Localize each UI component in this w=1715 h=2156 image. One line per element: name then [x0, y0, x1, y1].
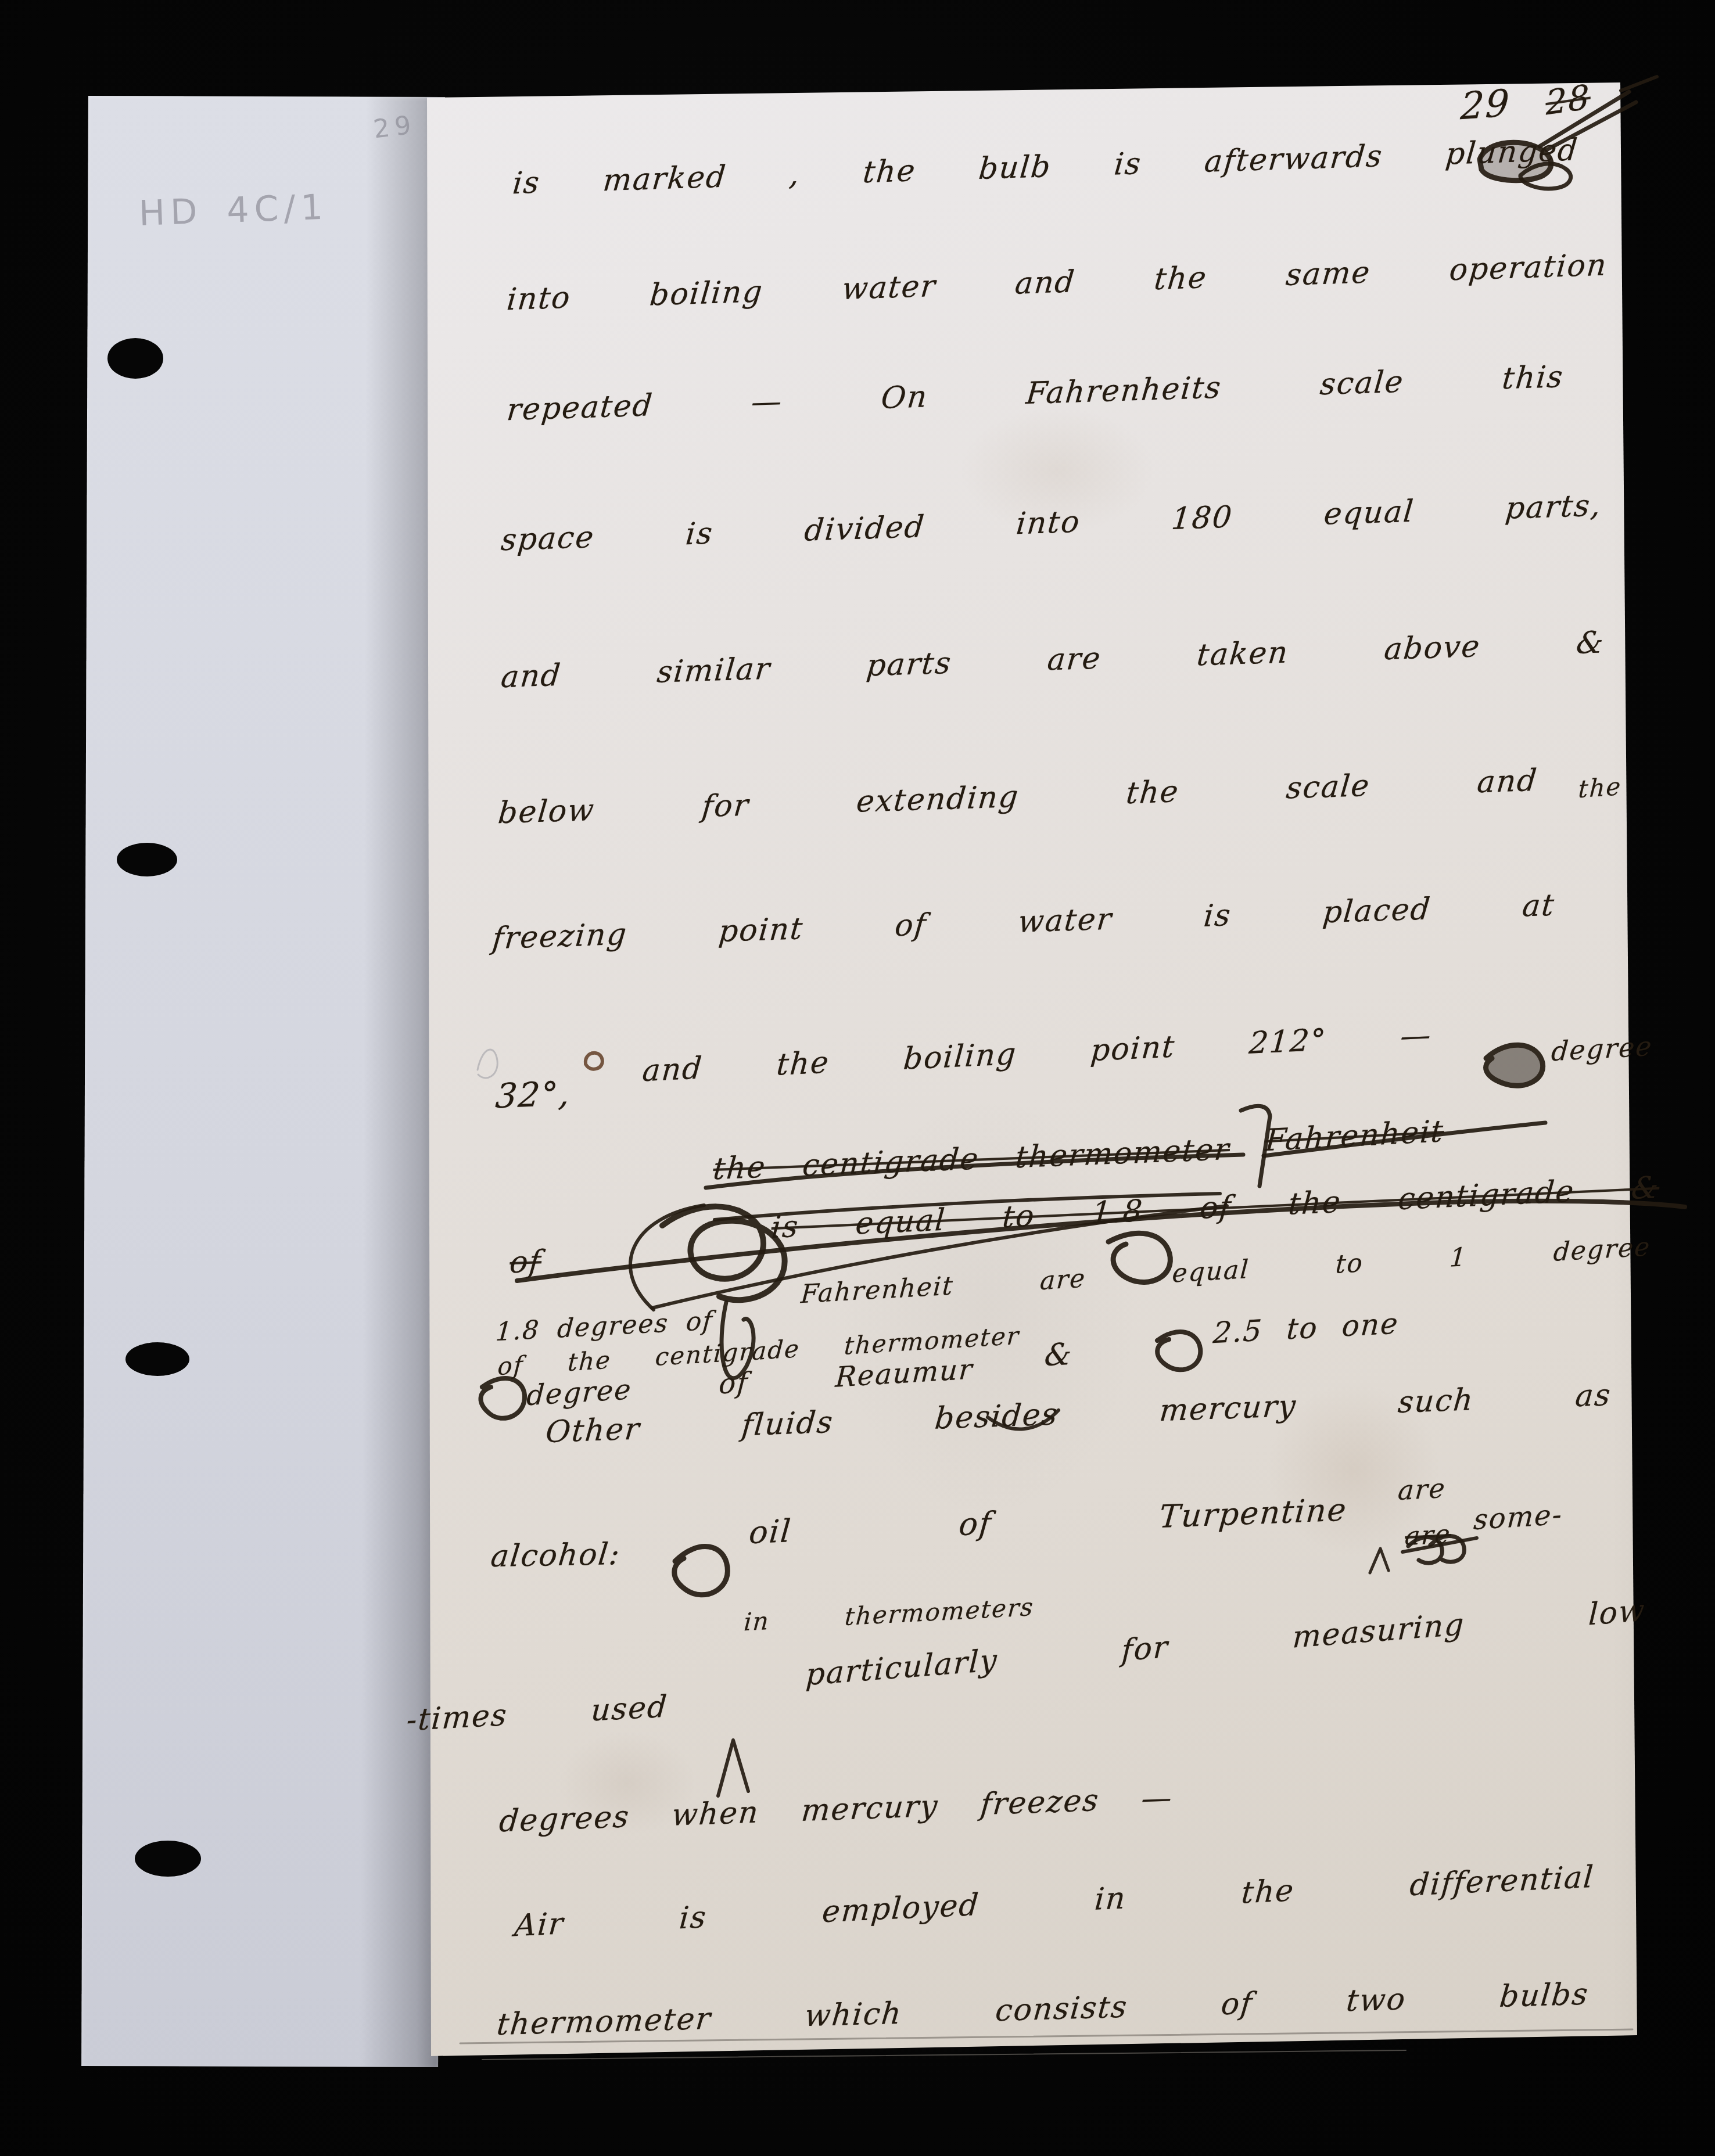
scribble-the-reaumur: [480, 1378, 525, 1418]
scribble-tail: [722, 1302, 754, 1378]
crossout-28-tick: [1621, 77, 1657, 91]
pencil-squiggle: [478, 1050, 497, 1078]
pencil-bottom-line: [460, 2029, 1633, 2043]
strike-fahrenheit: [1264, 1123, 1545, 1156]
caret-times-used: [718, 1740, 748, 1796]
crossout-28-b: [1547, 102, 1636, 150]
scribble-after-alcohol: [674, 1547, 728, 1595]
crossout-28-a: [1540, 92, 1629, 146]
photograph-scene: 292829HD 4C/1is marked , the bulb is aft…: [0, 0, 1715, 2156]
pencil-bottom-line-2: [482, 2050, 1406, 2060]
degree-circle-32: [586, 1053, 602, 1069]
reaumur-swash: [988, 1410, 1059, 1429]
strike-centigrade: [706, 1155, 1243, 1188]
blot-before-degree: [1486, 1045, 1543, 1086]
insert-bracket: [1241, 1106, 1270, 1186]
ink-marks-layer: [0, 0, 1715, 2156]
caret-turpentine: [1370, 1548, 1388, 1573]
blot-over-the: [1108, 1233, 1170, 1282]
scribble-before-2-5: [1157, 1332, 1200, 1370]
